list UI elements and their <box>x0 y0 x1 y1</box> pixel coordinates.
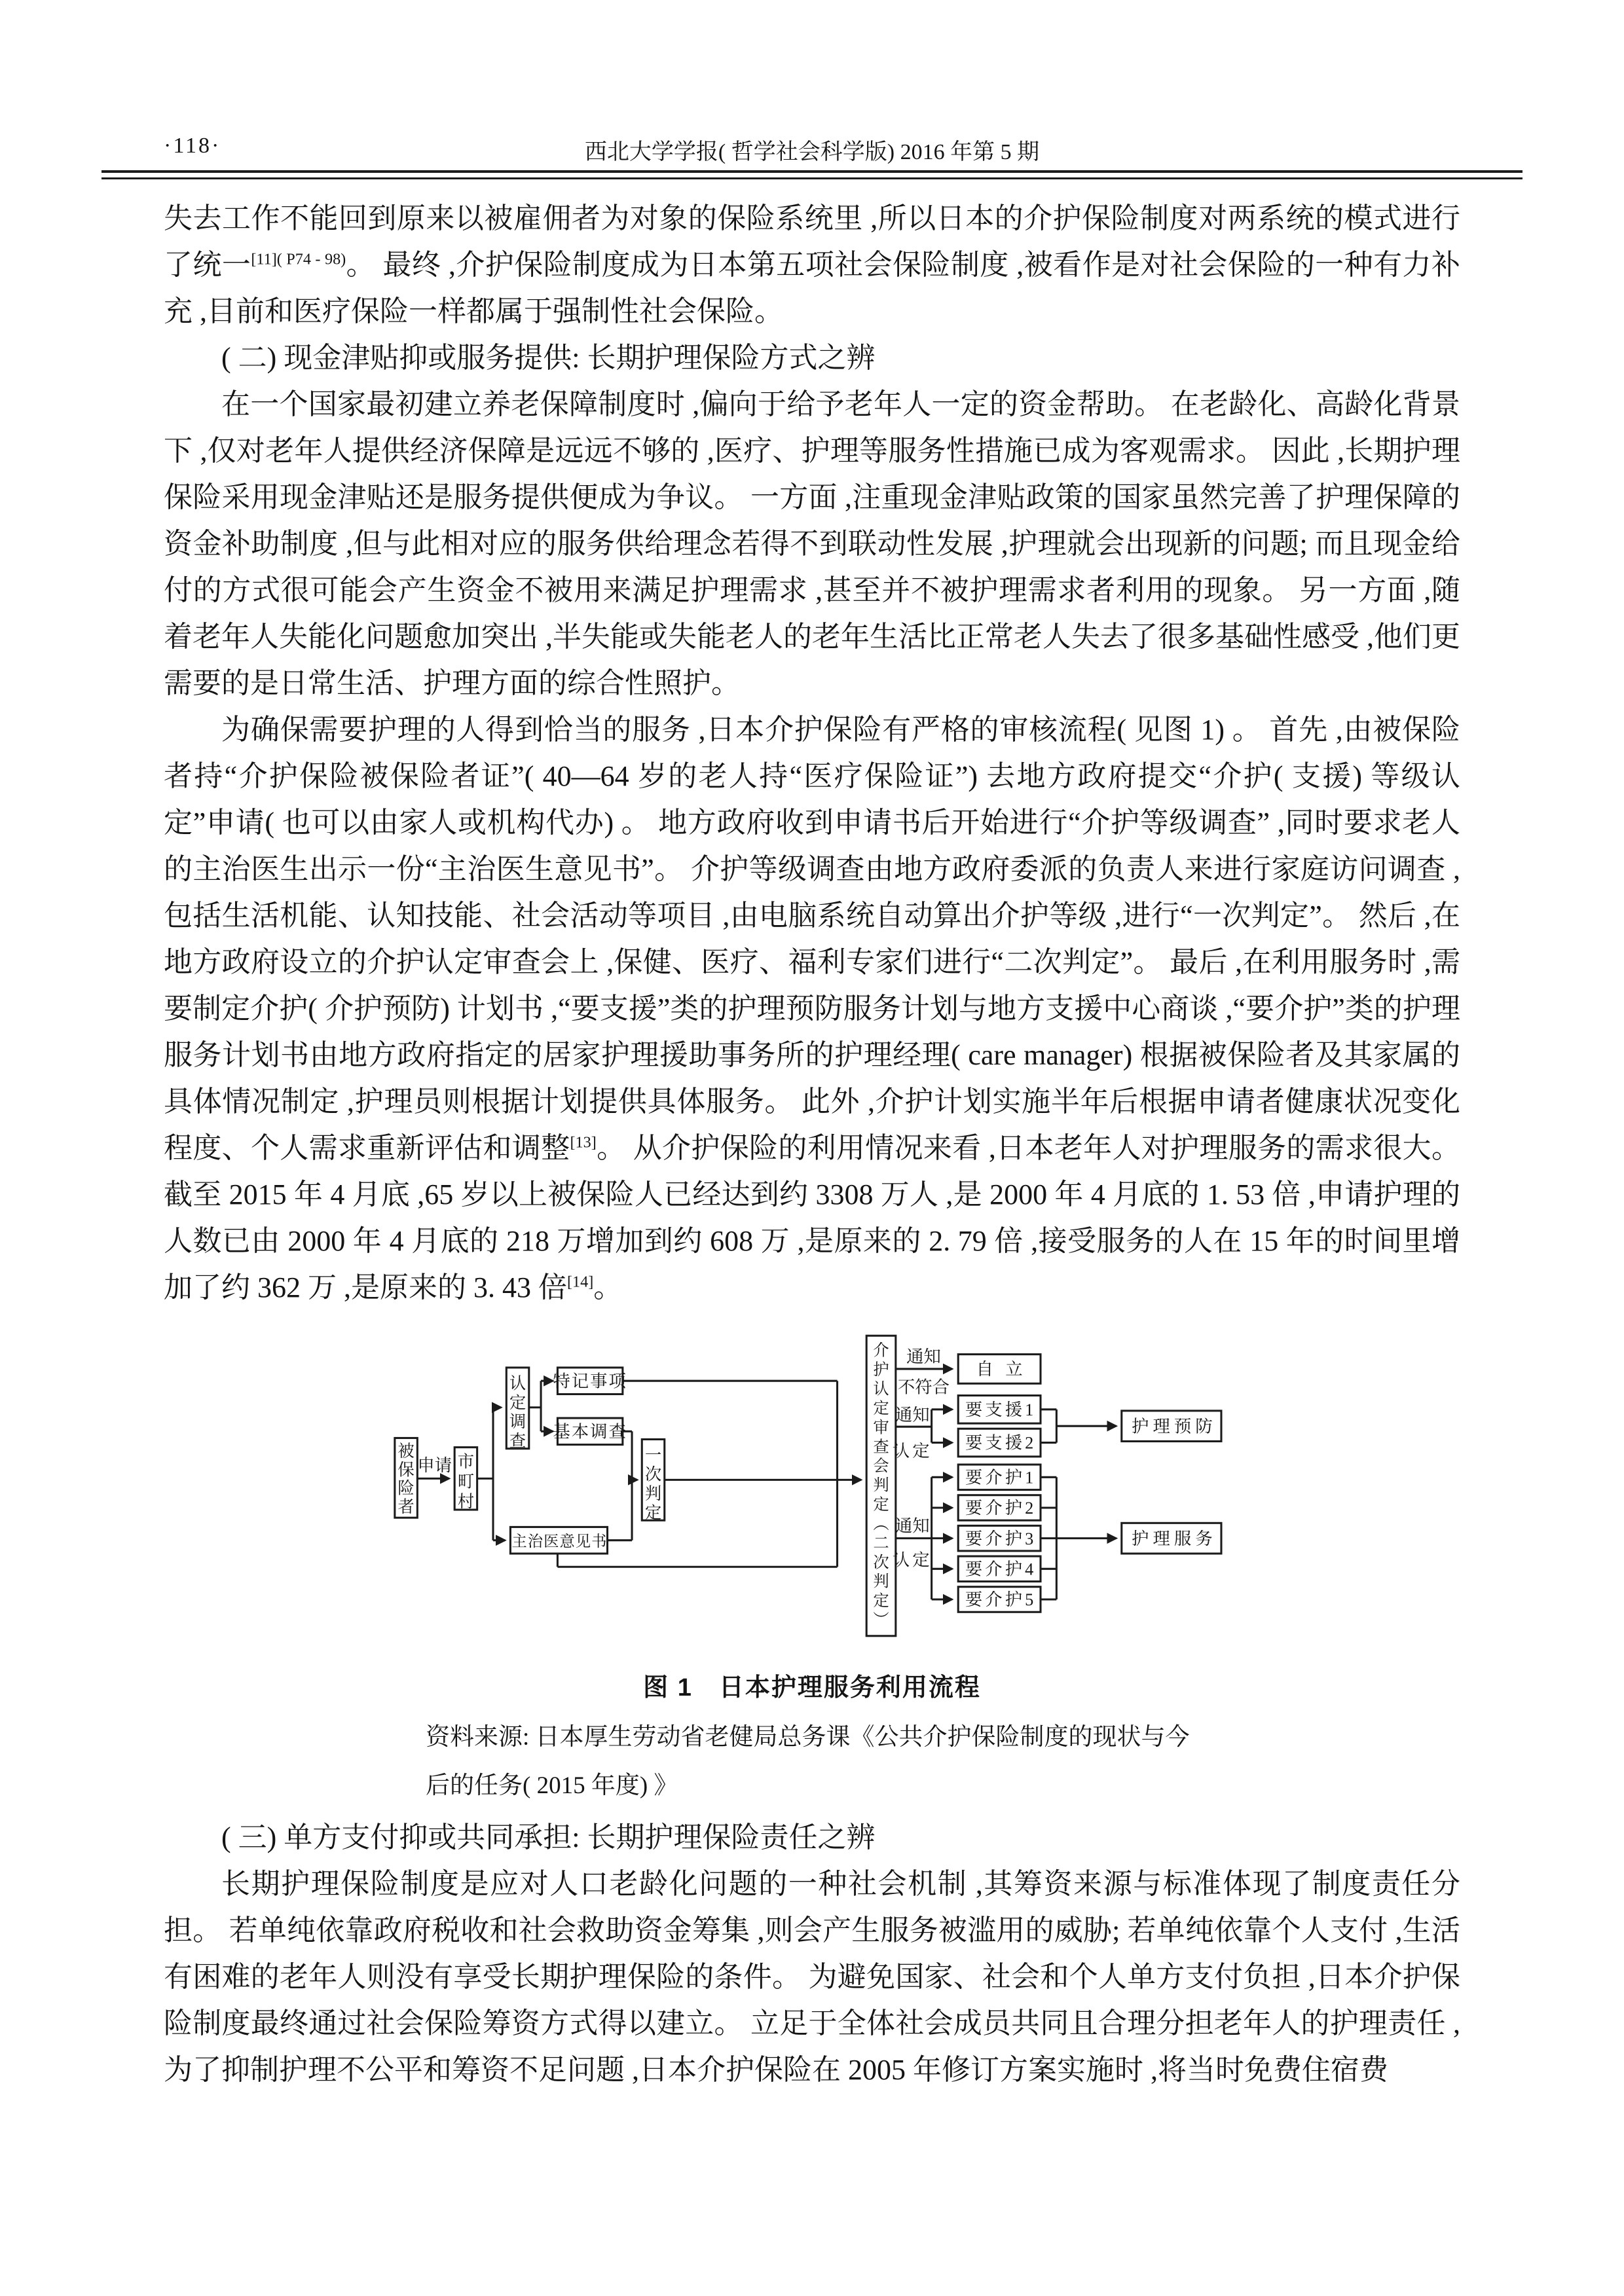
running-header: ·118· 西北大学学报( 哲学社会科学版) 2016 年第 5 期 <box>164 134 1460 165</box>
page-number: ·118· <box>164 134 221 158</box>
para-review-process: 为确保需要护理的人得到恰当的服务 ,日本介护保险有严格的审核流程( 见图 1) … <box>164 706 1460 1311</box>
para-unification: 失去工作不能回到原来以被雇佣者为对象的保险系统里 ,所以日本的介护保险制度对两系… <box>164 195 1460 335</box>
care-service-label: 护理服务 <box>1132 1529 1217 1548</box>
body-text-bottom: ( 三) 单方支付抑或共同承担: 长期护理保险责任之辨长期护理保险制度是应对人口… <box>164 1814 1460 2093</box>
para-cash-vs-service: 在一个国家最初建立养老保障制度时 ,偏向于给予老年人一定的资金帮助。 在老龄化、… <box>164 381 1460 706</box>
header-rule <box>101 170 1522 179</box>
figure-source-line2: 后的任务( 2015 年度) 》 <box>426 1762 1251 1810</box>
flowchart: 被保险者 申请 市町村 认定调查 特记事项 基本调查 主治医意见书 一次判定 介… <box>380 1326 1244 1649</box>
certified2-label: 认定 <box>893 1442 932 1461</box>
figure-source-line1: 资料来源: 日本厚生劳动省老健局总务课《公共介护保险制度的现状与今 <box>426 1713 1251 1762</box>
body-text-top: 失去工作不能回到原来以被雇佣者为对象的保险系统里 ,所以日本的介护保险制度对两系… <box>164 195 1460 1311</box>
flowchart-svg: 被保险者 申请 市町村 认定调查 特记事项 基本调查 主治医意见书 一次判定 介… <box>380 1326 1244 1645</box>
journal-title: 西北大学学报( 哲学社会科学版) 2016 年第 5 期 <box>164 134 1460 166</box>
municipality-label: 市町村 <box>458 1453 474 1511</box>
figure-caption: 图 1 日本护理服务利用流程 <box>164 1667 1460 1703</box>
care5-label: 要介护5 <box>965 1590 1037 1609</box>
journal-page: ·118· 西北大学学报( 哲学社会科学版) 2016 年第 5 期 失去工作不… <box>0 0 1624 2296</box>
para-responsibility: 长期护理保险制度是应对人口老龄化问题的一种社会机制 ,其筹资来源与标准体现了制度… <box>164 1861 1460 2093</box>
care3-label: 要介护3 <box>965 1529 1037 1548</box>
certified3-label: 认定 <box>893 1550 932 1569</box>
basic-survey-label: 基本调查 <box>553 1422 627 1441</box>
doctor-opinion-label: 主治医意见书 <box>511 1533 607 1550</box>
figure-source: 资料来源: 日本厚生劳动省老健局总务课《公共介护保险制度的现状与今 后的任务( … <box>426 1713 1251 1810</box>
node-labels: 被保险者 申请 市町村 认定调查 特记事项 基本调查 主治医意见书 一次判定 介… <box>397 1342 1216 1630</box>
support2-label: 要支援2 <box>965 1434 1037 1453</box>
independent-label: 自立 <box>976 1360 1035 1379</box>
not-eligible-label: 不符合 <box>898 1377 950 1396</box>
care4-label: 要介护4 <box>965 1559 1037 1578</box>
support1-label: 要支援1 <box>965 1400 1037 1419</box>
care2-label: 要介护2 <box>965 1499 1037 1518</box>
care-prevention-label: 护理预防 <box>1132 1417 1217 1436</box>
notify3-label: 通知 <box>895 1517 930 1536</box>
review-board-label: 介护认定审查会判定︵二次判定︶ <box>873 1342 889 1630</box>
figure-1: 被保险者 申请 市町村 认定调查 特记事项 基本调查 主治医意见书 一次判定 介… <box>164 1326 1460 1810</box>
insured-label: 被保险者 <box>397 1442 414 1516</box>
notify2-label: 通知 <box>895 1406 930 1425</box>
heading-section-2: ( 二) 现金津贴抑或服务提供: 长期护理保险方式之辨 <box>164 335 1460 381</box>
special-notes-label: 特记事项 <box>553 1372 627 1391</box>
notify1-label: 通知 <box>906 1347 941 1366</box>
page-body: 失去工作不能回到原来以被雇佣者为对象的保险系统里 ,所以日本的介护保险制度对两系… <box>164 195 1460 2093</box>
first-judgment-label: 一次判定 <box>645 1446 661 1522</box>
certification-survey-label: 认定调查 <box>509 1374 526 1450</box>
care1-label: 要介护1 <box>965 1468 1037 1487</box>
apply-label: 申请 <box>417 1456 452 1475</box>
heading-section-3: ( 三) 单方支付抑或共同承担: 长期护理保险责任之辨 <box>164 1814 1460 1861</box>
